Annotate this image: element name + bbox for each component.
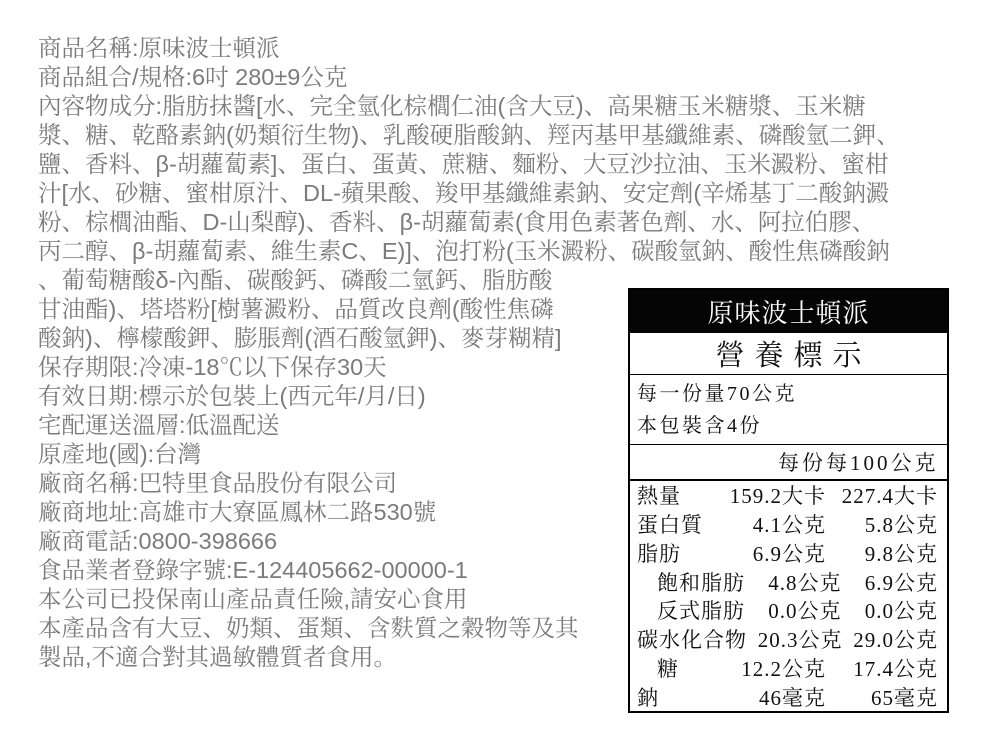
info-line: 商品名稱:原味波士頓派 bbox=[38, 34, 900, 63]
nutrient-per-serving: 4.8公克 bbox=[745, 567, 842, 597]
nutrient-per-serving: 159.2大卡 bbox=[714, 480, 826, 510]
nutrient-per-100g: 0.0公克 bbox=[842, 595, 948, 625]
nutrition-product-title: 原味波士頓派 bbox=[630, 290, 947, 333]
nutrient-label: 飽和脂肪 bbox=[630, 567, 745, 597]
nutrient-per-serving: 4.1公克 bbox=[714, 509, 826, 539]
nutrition-row: 碳水化合物 20.3公克 29.0公克 bbox=[630, 625, 947, 653]
column-per-100g: 每100公克 bbox=[826, 447, 947, 477]
nutrition-row: 糖 12.2公克 17.4公克 bbox=[630, 654, 947, 682]
nutrient-per-100g: 227.4大卡 bbox=[826, 480, 947, 510]
nutrient-per-serving: 20.3公克 bbox=[747, 624, 843, 654]
info-line: 商品組合/規格:6吋 280±9公克 bbox=[38, 63, 900, 92]
nutrition-row: 熱量 159.2大卡 227.4大卡 bbox=[630, 481, 947, 509]
nutrient-label: 鈉 bbox=[630, 682, 714, 712]
info-line: 鹽、香料、β-胡蘿蔔素]、蛋白、蛋黃、蔗糖、麵粉、大豆沙拉油、玉米澱粉、蜜柑 bbox=[38, 150, 900, 179]
nutrient-per-serving: 12.2公克 bbox=[714, 653, 826, 683]
nutrient-label: 反式脂肪 bbox=[630, 595, 745, 625]
nutrient-per-serving: 46毫克 bbox=[714, 682, 826, 712]
nutrient-per-100g: 9.8公克 bbox=[826, 538, 947, 568]
nutrient-per-100g: 6.9公克 bbox=[842, 567, 948, 597]
nutrient-label: 糖 bbox=[630, 653, 714, 683]
nutrient-per-serving: 0.0公克 bbox=[745, 595, 842, 625]
nutrient-per-serving: 6.9公克 bbox=[714, 538, 826, 568]
nutrition-column-header: 每份 每100公克 bbox=[630, 445, 947, 481]
nutrition-row: 鈉 46毫克 65毫克 bbox=[630, 683, 947, 711]
info-line: 丙二醇、β-胡蘿蔔素、維生素C、E)]、泡打粉(玉米澱粉、碳酸氫鈉、酸性焦磷酸鈉 bbox=[38, 237, 900, 266]
info-line: 內容物成分:脂肪抹醬[水、完全氫化棕櫚仁油(含大豆)、高果糖玉米糖漿、玉米糖 bbox=[38, 92, 900, 121]
nutrient-per-100g: 5.8公克 bbox=[826, 509, 947, 539]
nutrition-row: 反式脂肪 0.0公克 0.0公克 bbox=[630, 596, 947, 624]
nutrient-label: 蛋白質 bbox=[630, 509, 714, 539]
nutrient-per-100g: 17.4公克 bbox=[826, 653, 947, 683]
servings-per-package: 本包裝含4份 bbox=[637, 410, 947, 442]
serving-size: 每一份量70公克 bbox=[637, 378, 947, 410]
nutrient-label: 碳水化合物 bbox=[630, 624, 747, 654]
nutrition-rows: 熱量 159.2大卡 227.4大卡 蛋白質 4.1公克 5.8公克 脂肪 6.… bbox=[630, 481, 947, 711]
nutrient-per-100g: 29.0公克 bbox=[843, 624, 948, 654]
nutrient-label: 脂肪 bbox=[630, 538, 714, 568]
info-line: 汁[水、砂糖、蜜柑原汁、DL-蘋果酸、羧甲基纖維素鈉、安定劑(辛烯基丁二酸鈉澱 bbox=[38, 179, 900, 208]
nutrient-per-100g: 65毫克 bbox=[826, 682, 947, 712]
nutrition-heading: 營養標示 bbox=[630, 333, 947, 375]
product-label-page: 商品名稱:原味波士頓派商品組合/規格:6吋 280±9公克內容物成分:脂肪抹醬[… bbox=[0, 0, 1001, 755]
nutrition-row: 飽和脂肪 4.8公克 6.9公克 bbox=[630, 568, 947, 596]
info-line: 粉、棕櫚油酯、D-山梨醇)、香料、β-胡蘿蔔素(食用色素著色劑、水、阿拉伯膠、 bbox=[38, 208, 900, 237]
info-line: 漿、糖、乾酪素鈉(奶類衍生物)、乳酸硬脂酸鈉、羥丙基甲基纖維素、磷酸氫二鉀、 bbox=[38, 121, 900, 150]
serving-info: 每一份量70公克 本包裝含4份 bbox=[630, 375, 947, 445]
nutrition-row: 脂肪 6.9公克 9.8公克 bbox=[630, 539, 947, 567]
nutrition-row: 蛋白質 4.1公克 5.8公克 bbox=[630, 510, 947, 538]
nutrition-facts-panel: 原味波士頓派 營養標示 每一份量70公克 本包裝含4份 每份 每100公克 熱量… bbox=[628, 288, 949, 713]
column-per-serving: 每份 bbox=[714, 447, 826, 477]
nutrient-label: 熱量 bbox=[630, 480, 714, 510]
